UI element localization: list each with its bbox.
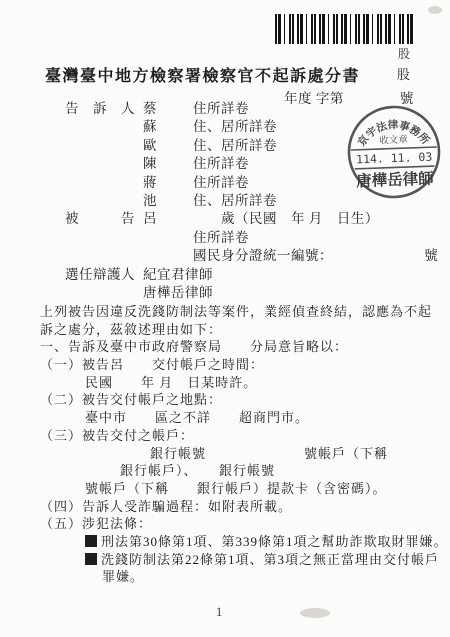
body-line: 銀行帳號 號帳戶（下稱 [40,445,432,463]
party-address: 住所詳卷 [193,100,249,118]
body-lines: 上列被告因違反洗錢防制法等案件，業經偵查終結，認應為不起 訴之處分，茲敘述理由如… [40,303,432,586]
body-line-text: 罪嫌。 [102,569,144,584]
decision-body: 上列被告因違反洗錢防制法等案件，業經偵查終結，認應為不起 訴之處分，茲敘述理由如… [40,303,432,586]
party-name: 歐 [143,137,193,155]
body-line: 上列被告因違反洗錢防制法等案件，業經偵查終結，認應為不起 [40,303,432,321]
party-name: 池 [143,192,193,210]
page-number: 1 [216,605,222,620]
counsel-name-2: 唐樺岳律師 [143,284,213,302]
parties-section: 告 訴 人蔡住所詳卷 蘇住、居所詳卷 歐住、居所詳卷 陳住所詳卷 蔣住所詳卷 池… [65,100,435,302]
defendant-row: 被 告呂 歲（民國 年 月 日生） [65,210,435,228]
scan-artifact [300,608,330,618]
checked-box-icon [85,535,97,547]
complainant-row: 告 訴 人蔡住所詳卷 [65,100,435,118]
body-line: （三）被告交付之帳戶： [40,427,432,445]
body-line: 訴之處分，茲敘述理由如下： [40,321,432,339]
checked-box-icon [85,553,97,565]
party-address: 住所詳卷 [193,155,249,173]
complainant-row: 蘇住、居所詳卷 [65,118,435,136]
party-address: 住、居所詳卷 [193,192,277,210]
body-line: 民國 年 月 日某時許。 [40,374,432,392]
body-line-text: （一）被告呂 交付帳戶之時間： [40,357,264,372]
party-name: 蔡 [143,100,193,118]
body-line-text: （三）被告交付之帳戶： [40,428,194,443]
body-line: （五）涉犯法條： [40,515,432,533]
party-address: 住、居所詳卷 [193,137,277,155]
body-line: 罪嫌。 [40,568,432,586]
party-name: 陳 [143,155,193,173]
body-line-text: 銀行帳戶）、 銀行帳號 [120,463,275,478]
counsel-row-2: 唐樺岳律師 [65,284,435,302]
body-line-text: 訴之處分，茲敘述理由如下： [40,322,222,337]
barcode [275,14,415,44]
body-line: （二）被告交付帳戶之地點： [40,391,432,409]
body-line-text: 刑法第30條第1項、第339條第1項之幫助詐欺取財罪嫌。 [101,534,448,549]
body-line-text: （四）告訴人受詐騙過程：如附表所載。 [40,499,292,514]
body-line-text: 一、告訴及臺中市政府警察局 分局意旨略以： [40,339,348,354]
scan-artifact [428,6,442,14]
body-line-text: 銀行帳號 號帳戶（下稱 [150,446,388,461]
defendant-id-row: 國民身分證統一編號： 號 [65,247,435,265]
party-name: 蘇 [143,118,193,136]
document-title: 臺灣臺中地方檢察署檢察官不起訴處分書 [45,63,360,86]
body-line: 臺中市 區之不詳 超商門市。 [40,409,432,427]
body-line: （四）告訴人受詐騙過程：如附表所載。 [40,498,432,516]
body-line: （一）被告呂 交付帳戶之時間： [40,356,432,374]
body-line-text: 洗錢防制法第22條第1項、第3項之無正當理由交付帳戶 [101,552,439,567]
body-line: 銀行帳戶）、 銀行帳號 [40,462,432,480]
assignment-section-label: 股 [397,64,410,83]
counsel-row-1: 選任辯護人紀宜君律師 [65,266,435,284]
assignment-section-label-top: 股 [398,45,411,62]
complainant-row: 陳住所詳卷 [65,155,435,173]
document-page: 股 臺灣臺中地方檢察署檢察官不起訴處分書 股 年度 字第 號 京宇法律事務所 收… [0,0,450,637]
body-line-text: 上列被告因違反洗錢防制法等案件，業經偵查終結，認應為不起 [40,304,432,319]
defendant-address: 住所詳卷 [193,229,249,247]
body-line-text: （二）被告交付帳戶之地點： [40,392,222,407]
party-name: 蔣 [143,174,193,192]
party-address: 住、居所詳卷 [193,118,277,136]
complainant-row: 蔣住所詳卷 [65,174,435,192]
defendant-birth-line: 歲（民國 年 月 日生） [193,210,379,228]
body-line: 號帳戶（下稱 銀行帳戶）提款卡（含密碼）。 [40,480,432,498]
defendant-label: 被 告 [65,210,143,228]
complainant-rows: 告 訴 人蔡住所詳卷 蘇住、居所詳卷 歐住、居所詳卷 陳住所詳卷 蔣住所詳卷 池… [65,100,435,210]
complainant-row: 歐住、居所詳卷 [65,137,435,155]
body-line: 刑法第30條第1項、第339條第1項之幫助詐欺取財罪嫌。 [40,533,432,551]
party-address: 住所詳卷 [193,174,249,192]
counsel-name-1: 紀宜君律師 [143,266,213,284]
defendant-address-row: 住所詳卷 [65,229,435,247]
complainant-row: 池住、居所詳卷 [65,192,435,210]
defendant-id-line: 國民身分證統一編號： 號 [193,247,438,265]
party-label: 告 訴 人 [65,100,143,118]
counsel-label: 選任辯護人 [65,266,143,284]
defendant-surname: 呂 [143,210,193,228]
body-line: 一、告訴及臺中市政府警察局 分局意旨略以： [40,338,432,356]
body-line: 洗錢防制法第22條第1項、第3項之無正當理由交付帳戶 [40,551,432,569]
body-line-text: 民國 年 月 日某時許。 [85,375,257,390]
body-line-text: （五）涉犯法條： [40,516,152,531]
body-line-text: 號帳戶（下稱 銀行帳戶）提款卡（含密碼）。 [85,481,387,496]
body-line-text: 臺中市 區之不詳 超商門市。 [85,410,309,425]
